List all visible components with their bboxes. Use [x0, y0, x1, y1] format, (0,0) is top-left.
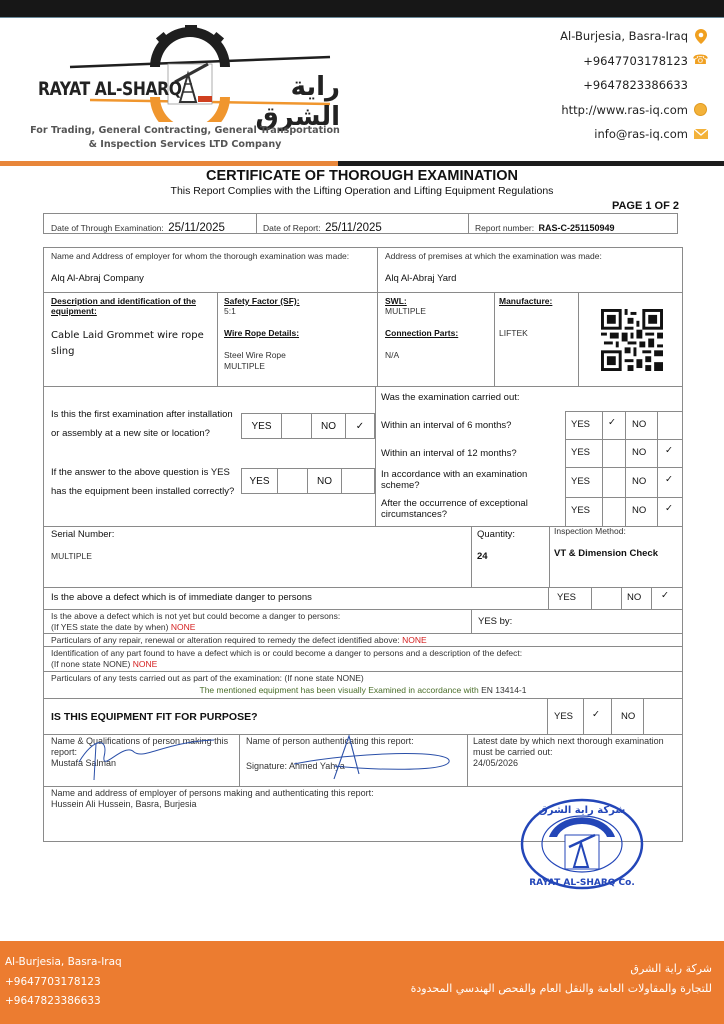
yes-label: YES	[571, 419, 590, 430]
mail-icon	[693, 127, 708, 142]
immediate-yes-checkbox[interactable]	[592, 588, 621, 608]
address-text: Al-Burjesia, Basra-Iraq	[560, 29, 688, 43]
website-link[interactable]: http://www.ras-iq.com	[561, 103, 688, 117]
future-danger-label: Is the above a defect which is not yet b…	[51, 611, 340, 621]
no-label: NO	[621, 711, 635, 722]
footer-phone-2[interactable]: +9647823386633	[5, 992, 122, 1012]
exam-carried-out-heading: Was the examination carried out:	[381, 392, 520, 403]
report-number-value: RAS-C-251150949	[539, 223, 615, 233]
inspection-method-label: Inspection Method:	[554, 526, 626, 536]
contact-website[interactable]: http://www.ras-iq.com	[468, 98, 708, 123]
wire-rope-qty: MULTIPLE	[224, 361, 265, 371]
ident-defect-value: NONE	[133, 659, 158, 669]
tests-label: Particulars of any tests carried out as …	[51, 673, 364, 683]
employer-value: Alq Al-Abraj Company	[51, 273, 144, 284]
persons-employer-label: Name and address of employer of persons …	[51, 788, 374, 798]
next-exam-date-value: 24/05/2026	[473, 758, 518, 768]
premises-label: Address of premises at which the examina…	[385, 251, 602, 261]
employer-label: Name and Address of employer for whom th…	[51, 251, 371, 261]
contact-phone-1[interactable]: +9647703178123 ☎	[468, 49, 708, 74]
phone-2-text[interactable]: +9647823386633	[583, 78, 688, 92]
exam-date-label: Date of Through Examination:	[51, 223, 164, 233]
qr-code[interactable]	[601, 309, 663, 376]
no-label: NO	[312, 414, 346, 438]
scheme-no-checkbox[interactable]: ✓	[665, 474, 673, 485]
tagline-line-1: For Trading, General Contracting, Genera…	[30, 124, 340, 138]
future-danger-value: NONE	[171, 622, 196, 632]
svg-text:شركة راية الشرق: شركة راية الشرق	[539, 805, 626, 816]
yes-label: YES	[557, 592, 576, 603]
question-6-months: Within an interval of 6 months?	[381, 420, 511, 431]
top-bar	[0, 0, 724, 18]
report-date-label: Date of Report:	[263, 223, 321, 233]
question-12-months: Within an interval of 12 months?	[381, 448, 517, 459]
fit-yes-checkbox[interactable]: ✓	[592, 709, 600, 720]
company-stamp: شركة راية الشرق RAYAT AL-SHARQ Co.	[519, 797, 645, 891]
repair-value: NONE	[402, 635, 427, 645]
quantity-label: Quantity:	[477, 529, 515, 540]
document-title: CERTIFICATE OF THOROUGH EXAMINATION	[0, 168, 724, 184]
footer-arabic: شركة راية الشرق للتجارة والمقاولات العام…	[411, 959, 712, 999]
examination-form: Name and Address of employer for whom th…	[43, 247, 683, 842]
no-label: NO	[632, 419, 646, 430]
yes-label: YES	[242, 414, 282, 438]
first-exam-yes-no: YES NO ✓	[241, 413, 375, 439]
serial-number-value: MULTIPLE	[51, 551, 92, 561]
logo-text-en: RAYAT AL-SHARQ	[38, 78, 182, 100]
connection-parts-label: Connection Parts:	[385, 328, 458, 338]
question-exam-scheme: In accordance with an examination scheme…	[381, 469, 561, 491]
no-label: NO	[632, 505, 646, 516]
12-months-no-checkbox[interactable]: ✓	[665, 445, 673, 456]
yes-label: YES	[554, 711, 573, 722]
next-exam-date-label: Latest date by which next thorough exami…	[473, 736, 673, 757]
footer-ar-description: للتجارة والمقاولات العامة والنقل العام و…	[411, 979, 712, 999]
wire-rope-value: Steel Wire Rope	[224, 350, 286, 360]
phone-icon: ☎	[693, 53, 708, 68]
report-number-label: Report number:	[475, 223, 534, 233]
ident-defect-sub: (If none state NONE)	[51, 659, 130, 669]
location-pin-icon	[693, 29, 708, 44]
installed-yes-checkbox[interactable]	[278, 469, 308, 493]
exceptional-no-checkbox[interactable]: ✓	[665, 503, 673, 514]
footer-ar-company: شركة راية الشرق	[411, 959, 712, 979]
installed-yes-no: YES NO	[241, 468, 375, 494]
globe-icon	[693, 102, 708, 117]
6-months-yes-checkbox[interactable]: ✓	[608, 417, 616, 428]
contact-phone-2[interactable]: +9647823386633	[468, 73, 708, 98]
yes-label: YES	[571, 505, 590, 516]
no-label: NO	[627, 592, 641, 603]
logo-text-ar: راية الشرق	[230, 72, 340, 132]
meta-row: Date of Through Examination: 25/11/2025 …	[43, 213, 678, 234]
signature-authenticator	[274, 734, 464, 784]
equipment-desc-label: Description and identification of the eq…	[51, 296, 211, 316]
no-label: NO	[632, 447, 646, 458]
question-first-exam: Is this the first examination after inst…	[51, 406, 236, 443]
connection-parts-value: N/A	[385, 350, 399, 360]
yes-label: YES	[242, 469, 278, 493]
safety-factor-value: 5:1	[224, 306, 236, 316]
footer-address: Al-Burjesia, Basra-Iraq	[5, 953, 122, 973]
no-label: NO	[308, 469, 342, 493]
no-label: NO	[632, 476, 646, 487]
tagline-line-2: & Inspection Services LTD Company	[30, 138, 340, 152]
safety-factor-label: Safety Factor (SF):	[224, 296, 300, 306]
manufacture-value: LIFTEK	[499, 328, 528, 338]
question-installed-correctly: If the answer to the above question is Y…	[51, 464, 241, 501]
fit-for-purpose-label: IS THIS EQUIPMENT FIT FOR PURPOSE?	[51, 711, 258, 723]
ident-defect-label: Identification of any part found to have…	[51, 648, 522, 658]
signature-maker	[74, 732, 234, 782]
fit-no-checkbox[interactable]	[644, 699, 682, 733]
contact-address: Al-Burjesia, Basra-Iraq	[468, 24, 708, 49]
header-divider	[0, 161, 724, 166]
quantity-value: 24	[477, 551, 488, 562]
serial-number-label: Serial Number:	[51, 529, 114, 540]
footer-contacts: Al-Burjesia, Basra-Iraq +9647703178123 +…	[5, 953, 122, 1012]
svg-text:RAYAT AL-SHARQ Co.: RAYAT AL-SHARQ Co.	[529, 878, 635, 888]
inspection-method-value: VT & Dimension Check	[554, 548, 658, 559]
swl-label: SWL:	[385, 296, 407, 306]
premises-value: Alq Al-Abraj Yard	[385, 273, 456, 284]
report-date-value: 25/11/2025	[325, 222, 382, 234]
yes-label: YES	[571, 476, 590, 487]
persons-employer-value: Hussein Ali Hussein, Basra, Burjesia	[51, 799, 197, 809]
document-subtitle: This Report Complies with the Lifting Op…	[0, 185, 724, 197]
immediate-no-checkbox[interactable]: ✓	[661, 590, 669, 601]
first-exam-yes-checkbox[interactable]	[282, 414, 312, 438]
tests-standard: EN 13414-1	[481, 685, 526, 695]
swl-value: MULTIPLE	[385, 306, 426, 316]
immediate-danger-label: Is the above a defect which is of immedi…	[51, 592, 312, 603]
installed-no-checkbox[interactable]	[342, 469, 374, 493]
wire-rope-label: Wire Rope Details:	[224, 328, 299, 338]
yes-by-label: YES by:	[478, 616, 512, 627]
exam-date-value: 25/11/2025	[168, 222, 225, 234]
contact-info: Al-Burjesia, Basra-Iraq +9647703178123 ☎…	[468, 24, 708, 147]
company-tagline: For Trading, General Contracting, Genera…	[30, 124, 340, 152]
contact-email[interactable]: info@ras-iq.com	[468, 122, 708, 147]
tests-value: The mentioned equipment has been visuall…	[200, 685, 479, 695]
page-footer: Al-Burjesia, Basra-Iraq +9647703178123 +…	[0, 941, 724, 1024]
page-number: PAGE 1 OF 2	[612, 200, 679, 212]
equipment-desc-value: Cable Laid Grommet wire rope sling	[51, 328, 211, 360]
email-link[interactable]: info@ras-iq.com	[594, 127, 688, 141]
future-danger-sub: (If YES state the date by when)	[51, 622, 169, 632]
repair-label: Particulars of any repair, renewal or al…	[51, 635, 400, 645]
question-exceptional: After the occurrence of exceptional circ…	[381, 498, 561, 520]
manufacture-label: Manufacture:	[499, 296, 552, 306]
first-exam-no-checkbox[interactable]: ✓	[346, 414, 374, 438]
yes-label: YES	[571, 447, 590, 458]
phone-1-text[interactable]: +9647703178123	[583, 54, 688, 68]
footer-phone-1[interactable]: +9647703178123	[5, 973, 122, 993]
